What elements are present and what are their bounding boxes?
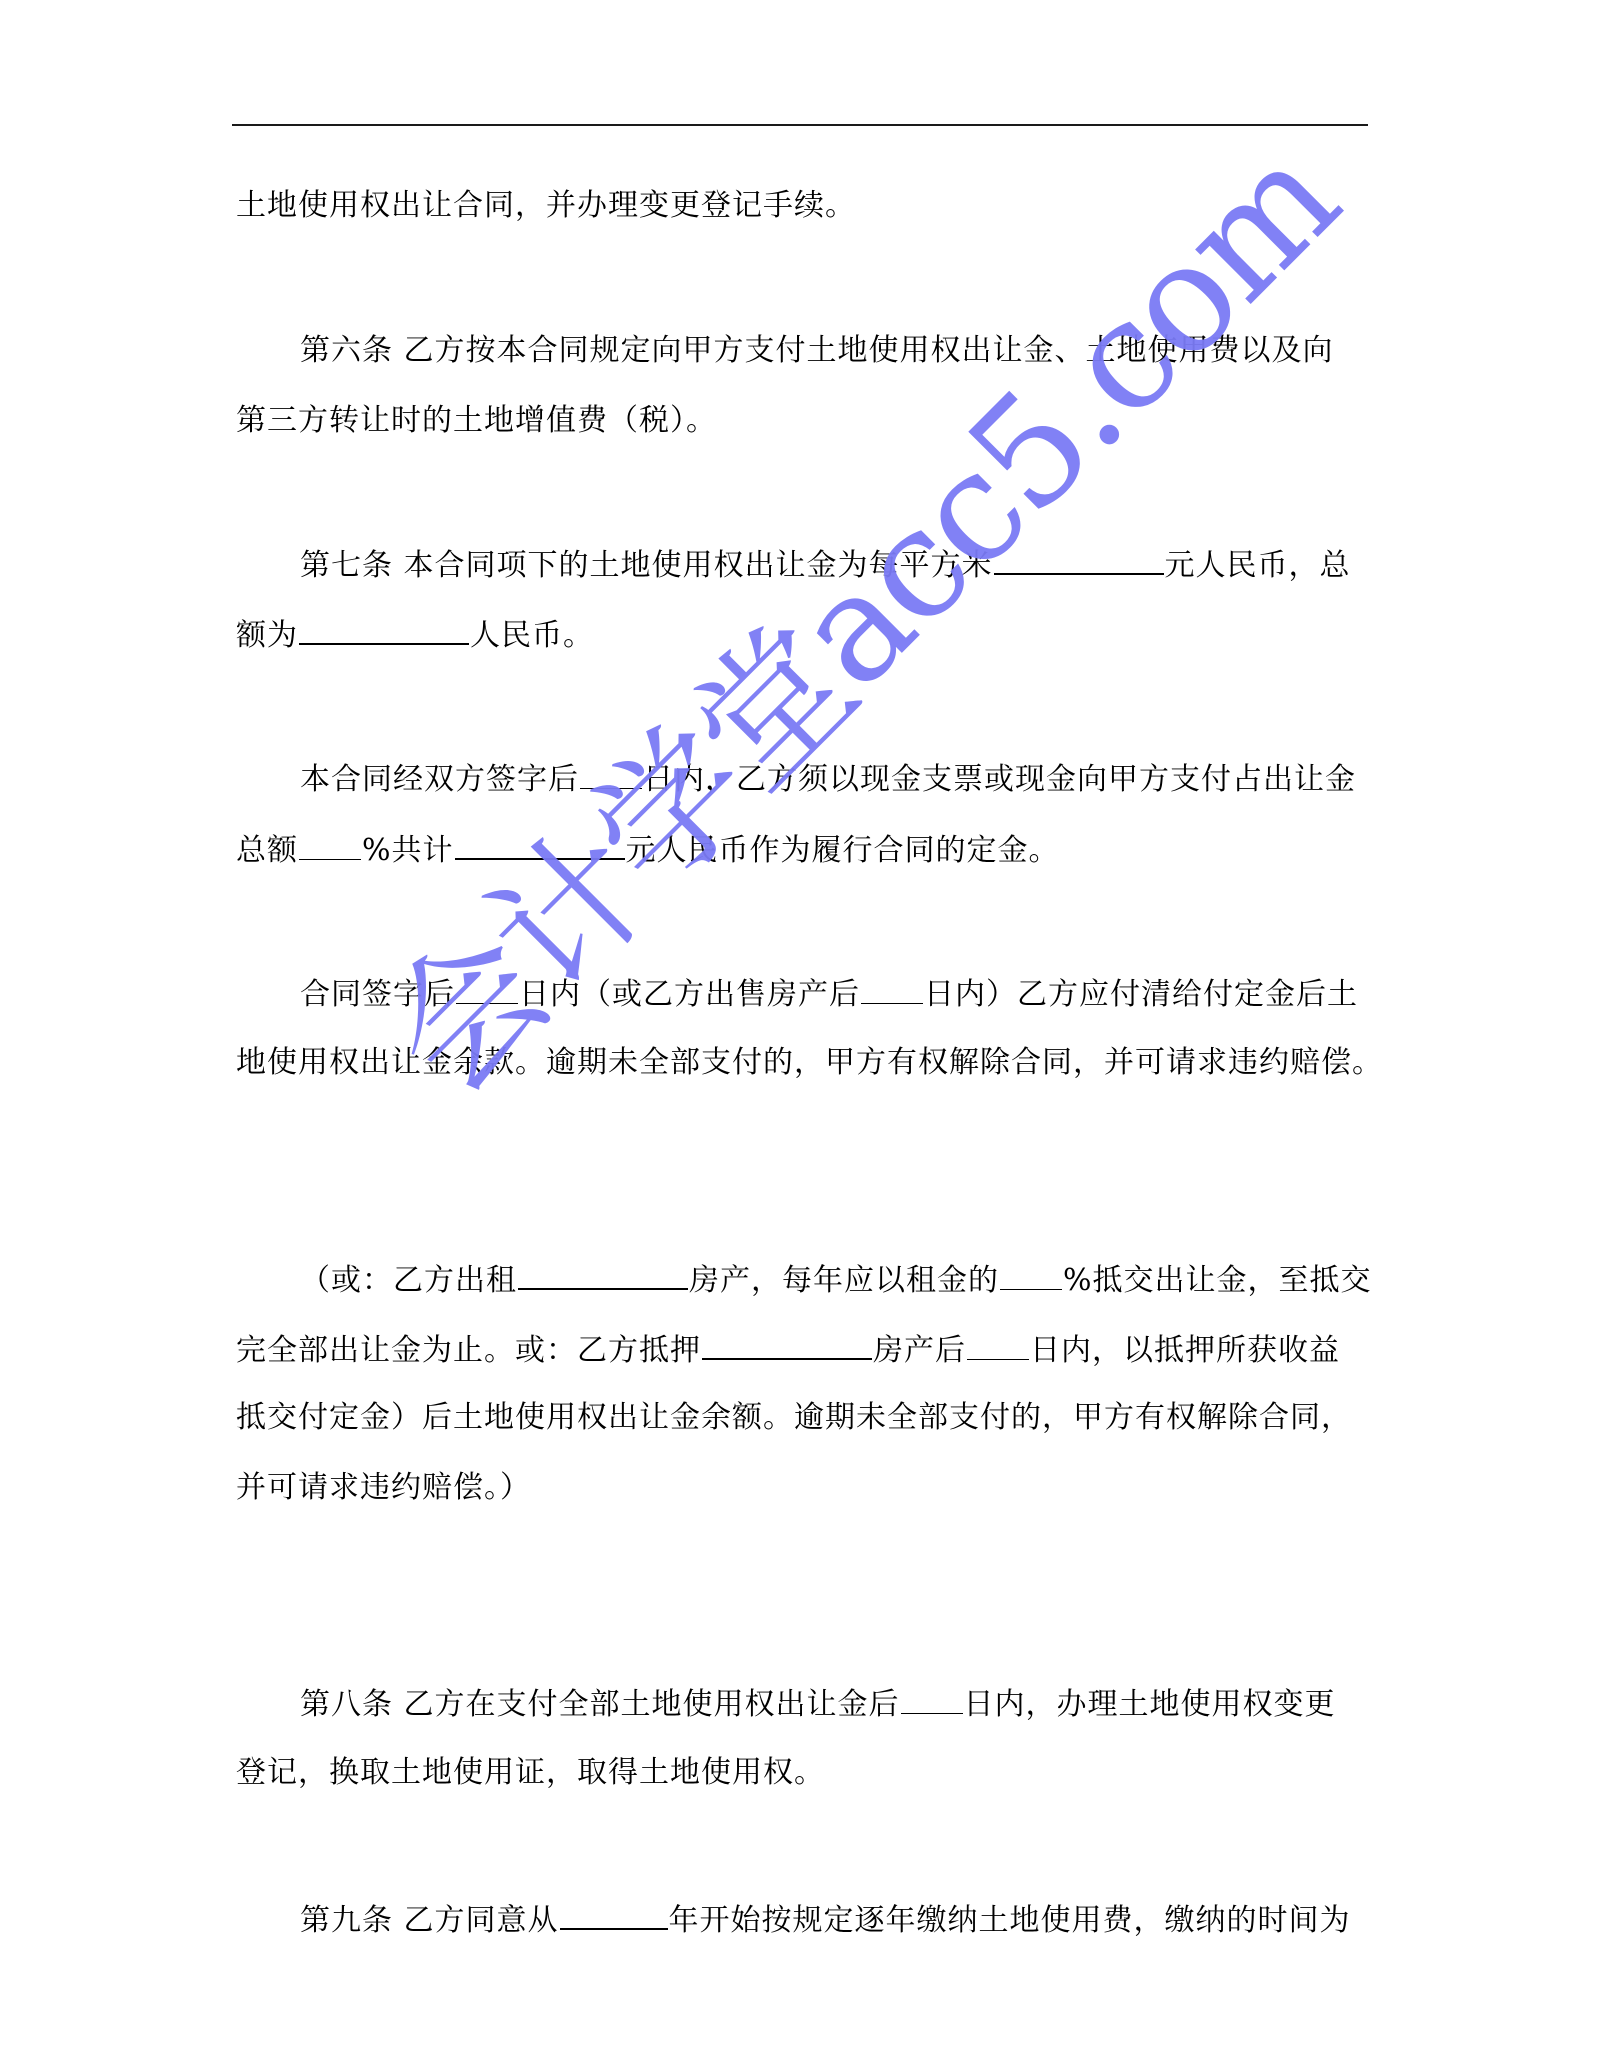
balance-line-1: 合同签字后日内（或乙方出售房产后日内）乙方应付清给付定金后土	[300, 975, 1358, 1013]
blank-rent-percent[interactable]	[1000, 1261, 1062, 1290]
blank-rented-property[interactable]	[518, 1260, 688, 1290]
article-7-line-1: 第七条 本合同项下的土地使用权出让金为每平方米元人民币，总	[300, 545, 1351, 584]
deposit-line-1: 本合同经双方签字后日内，乙方须以现金支票或现金向甲方支付占出让金	[300, 760, 1356, 798]
text-segment: 第八条 乙方在支付全部土地使用权出让金后	[300, 1687, 900, 1722]
text-segment: %抵交出让金，至抵交	[1063, 1263, 1372, 1298]
text-segment: （或：乙方出租	[300, 1263, 517, 1298]
text-segment: 房产，每年应以租金的	[689, 1263, 999, 1298]
text-segment: %共计	[362, 833, 454, 868]
blank-mortgaged-property[interactable]	[702, 1330, 872, 1360]
blank-days[interactable]	[580, 760, 642, 789]
article-8-line-1: 第八条 乙方在支付全部土地使用权出让金后日内，办理土地使用权变更	[300, 1685, 1336, 1723]
article-6-line-1: 第六条 乙方按本合同规定向甲方支付土地使用权出让金、土地使用费以及向	[300, 333, 1334, 369]
text-segment: 合同签字后	[300, 977, 455, 1012]
alternative-line-1: （或：乙方出租房产，每年应以租金的%抵交出让金，至抵交	[300, 1260, 1372, 1299]
text-segment: 人民币。	[470, 618, 594, 653]
text-segment: 第七条 本合同项下的土地使用权出让金为每平方米	[300, 548, 993, 583]
paragraph-line: 土地使用权出让合同，并办理变更登记手续。	[236, 188, 856, 224]
blank-deposit-amount[interactable]	[455, 830, 625, 860]
article-6-line-2: 第三方转让时的土地增值费（税）。	[236, 403, 717, 439]
text-segment: 元人民币，总	[1165, 548, 1351, 583]
text-segment: 日内）乙方应付清给付定金后土	[924, 977, 1358, 1012]
text-segment: 日内（或乙方出售房产后	[519, 977, 860, 1012]
text-segment: 日内，办理土地使用权变更	[964, 1687, 1336, 1722]
text-segment: 完全部出让金为止。或：乙方抵押	[236, 1333, 701, 1368]
text-segment: 额为	[236, 618, 298, 653]
text-segment: 年开始按规定逐年缴纳土地使用费，缴纳的时间为	[669, 1903, 1351, 1938]
text-segment: 第九条 乙方同意从	[300, 1903, 559, 1938]
blank-total-amount[interactable]	[299, 615, 469, 645]
text-segment: 日内，以抵押所获收益	[1030, 1333, 1340, 1368]
deposit-line-2: 总额%共计元人民币作为履行合同的定金。	[236, 830, 1060, 869]
text-segment: 元人民币作为履行合同的定金。	[626, 833, 1060, 868]
blank-days[interactable]	[901, 1685, 963, 1714]
blank-days-after-sale[interactable]	[861, 975, 923, 1004]
article-9-line-1: 第九条 乙方同意从年开始按规定逐年缴纳土地使用费，缴纳的时间为	[300, 1900, 1351, 1939]
blank-days[interactable]	[967, 1331, 1029, 1360]
blank-price-per-sqm[interactable]	[994, 545, 1164, 575]
blank-days[interactable]	[456, 975, 518, 1004]
text-segment: 本合同经双方签字后	[300, 762, 579, 797]
alternative-line-2: 完全部出让金为止。或：乙方抵押房产后日内，以抵押所获收益	[236, 1330, 1340, 1369]
article-7-line-2: 额为人民币。	[236, 615, 594, 654]
blank-start-year[interactable]	[560, 1900, 668, 1930]
alternative-line-4: 并可请求违约赔偿。）	[236, 1470, 531, 1506]
balance-line-2: 地使用权出让金余款。逾期未全部支付的，甲方有权解除合同，并可请求违约赔偿。	[236, 1045, 1383, 1081]
document-page: 土地使用权出让合同，并办理变更登记手续。 第六条 乙方按本合同规定向甲方支付土地…	[0, 0, 1600, 2070]
alternative-line-3: 抵交付定金）后土地使用权出让金余额。逾期未全部支付的，甲方有权解除合同，	[236, 1400, 1352, 1436]
text-segment: 总额	[236, 833, 298, 868]
article-8-line-2: 登记，换取土地使用证，取得土地使用权。	[236, 1755, 825, 1791]
header-rule	[232, 124, 1368, 126]
text-segment: 日内，乙方须以现金支票或现金向甲方支付占出让金	[643, 762, 1356, 797]
blank-percent[interactable]	[299, 831, 361, 860]
text-segment: 房产后	[873, 1333, 966, 1368]
